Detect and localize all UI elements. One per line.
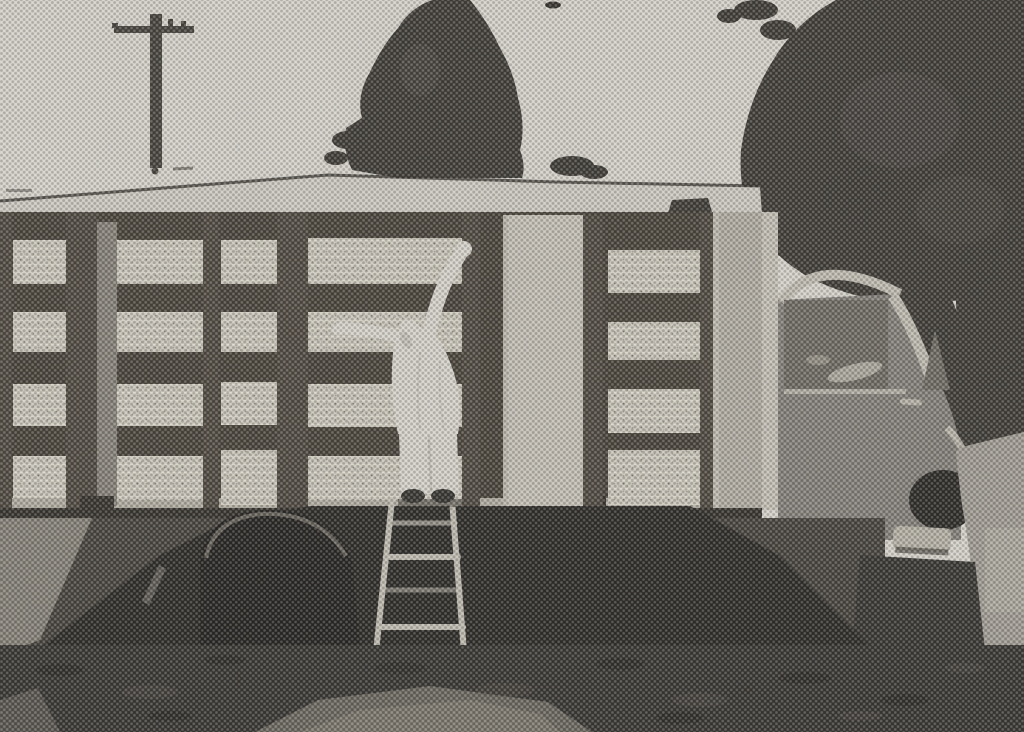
- mottle-overlay: [0, 0, 1024, 732]
- photo-canvas: [0, 0, 1024, 732]
- halftone-photograph: [0, 0, 1024, 732]
